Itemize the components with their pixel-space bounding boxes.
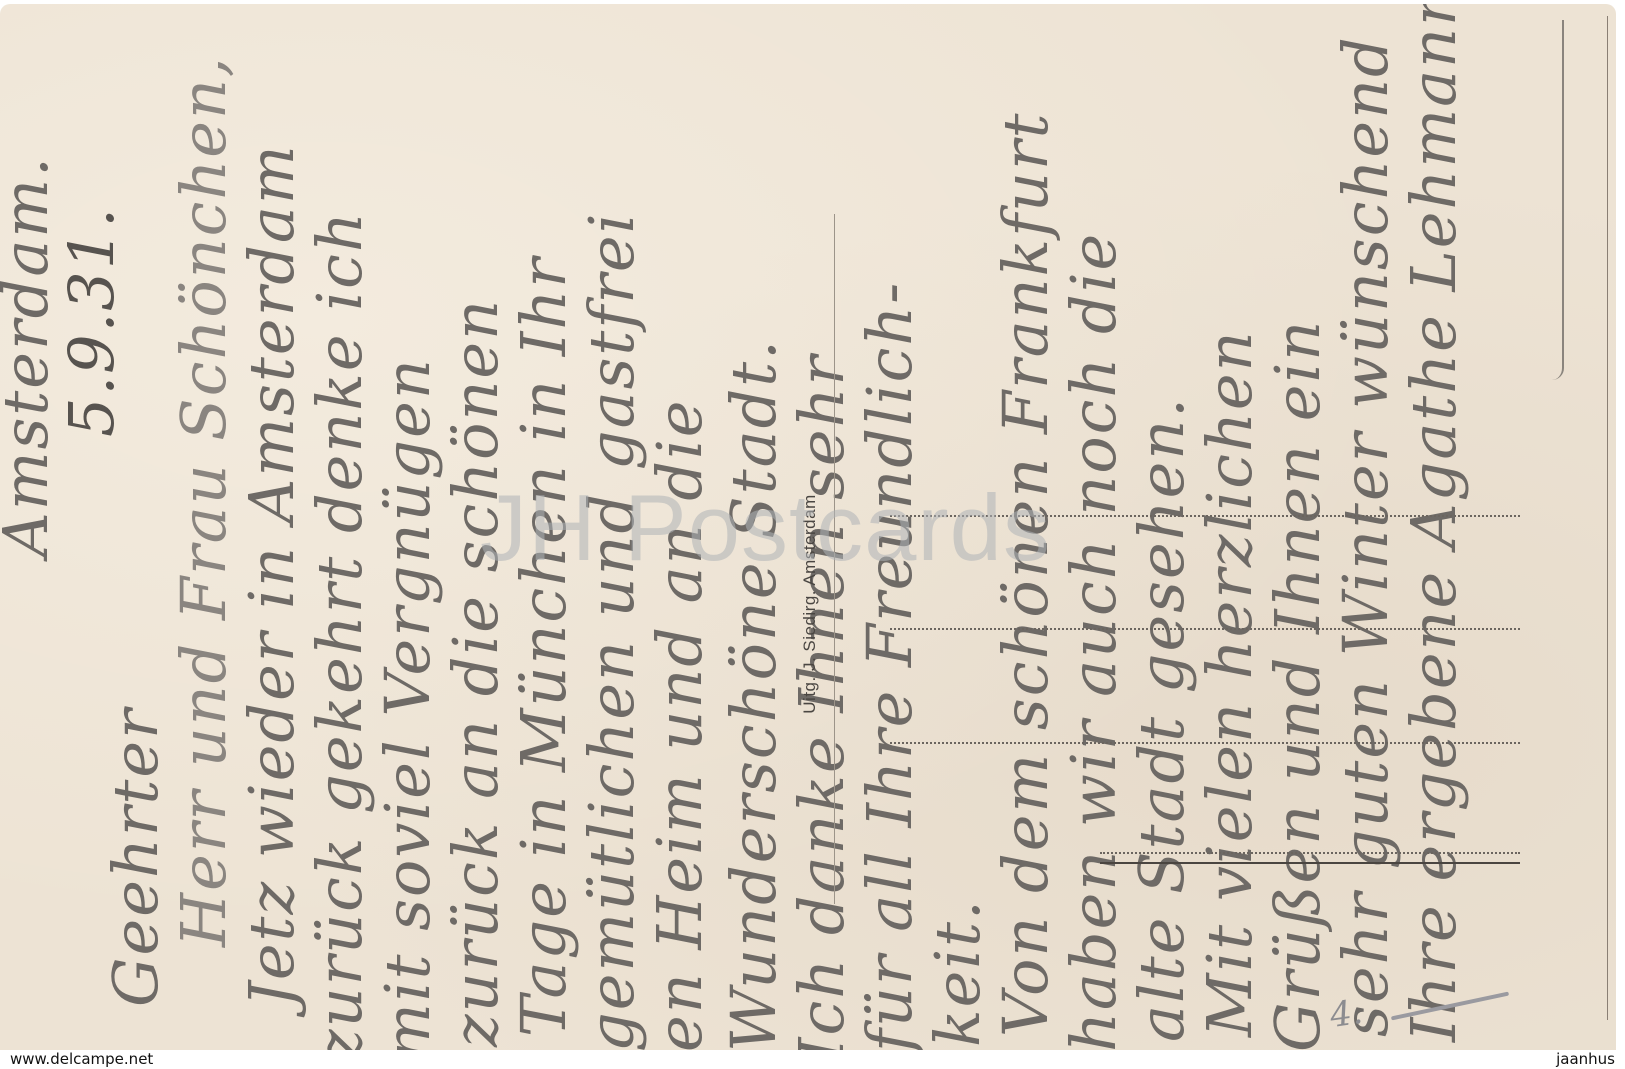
handwritten-line: keit.	[921, 898, 994, 1047]
handwritten-line: mit soviel Vergnügen	[371, 357, 444, 1050]
handwritten-line: sehr guten Winter wünschend	[1329, 35, 1402, 1037]
handwritten-date: 5.9.31.	[55, 206, 128, 437]
address-line	[890, 628, 1520, 630]
handwritten-line: Herr und Frau Schönchen,	[167, 55, 240, 947]
handwritten-line: zurück an die schönen	[439, 298, 512, 1047]
handwritten-signature: Ihre ergebene Agathe Lehmann	[1397, 4, 1470, 1042]
watermark: JH Postcards	[480, 474, 1051, 582]
address-underline	[1100, 862, 1520, 864]
seller-name-label: jaanhus	[1556, 1050, 1615, 1068]
handwritten-line: Tage in München in Ihr	[507, 256, 580, 1037]
handwritten-line: Mit vielen herzlichen	[1193, 329, 1266, 1037]
handwritten-line: Wunderschöne Stadt.	[717, 338, 790, 1050]
handwritten-place: Amsterdam.	[0, 155, 62, 557]
source-site-label: www.delcampe.net	[10, 1050, 153, 1068]
handwritten-line: gemütlichen und gastfrei	[575, 212, 648, 1050]
handwritten-line: für all Ihre Freundlich-	[853, 281, 926, 1050]
handwritten-line: Ich danke Ihnen sehr	[785, 354, 858, 1050]
handwritten-line: Geehrter	[99, 707, 172, 1007]
handwritten-line: alte Stadt gesehen.	[1125, 396, 1198, 1042]
address-line	[890, 742, 1520, 744]
handwritten-line: haben wir auch noch die	[1057, 232, 1130, 1050]
handwritten-line: Jetz wieder in Amsterdam	[235, 143, 308, 1007]
postcard-back: Amsterdam. 5.9.31. Geehrter Herr und Fra…	[0, 4, 1616, 1050]
handwritten-line: zurück gekehrt denke ich	[303, 210, 376, 1050]
address-line	[1100, 852, 1520, 854]
handwritten-line: Grüßen und Ihnen ein	[1261, 319, 1334, 1050]
pencil-note: 4.	[1327, 992, 1365, 1036]
image-footer: www.delcampe.net jaanhus	[0, 1050, 1625, 1069]
